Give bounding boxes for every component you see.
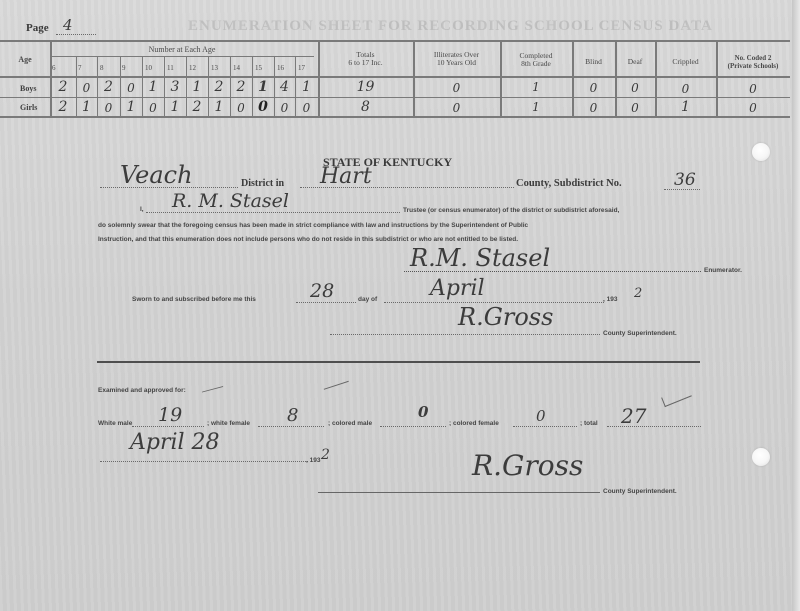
age-header: Age <box>0 56 50 64</box>
oath-text-line-1: do solemnly swear that the foregoing cen… <box>98 222 528 229</box>
girls-age-14: 0 <box>230 101 252 115</box>
enumerator-label: Enumerator. <box>704 267 742 274</box>
girls-deaf: 0 <box>615 101 655 115</box>
white-female-label: ; white female <box>207 420 250 427</box>
superintendent-signature-line-1 <box>330 334 600 335</box>
approval-date-line <box>100 461 308 462</box>
girls-age-10: 0 <box>142 101 164 115</box>
colored-male-label: ; colored male <box>328 420 372 427</box>
table-bottom-border <box>0 116 790 118</box>
colored-male-value: 0 <box>418 405 428 420</box>
age-col-14: 14 <box>233 64 251 72</box>
bleed-through-header: ENUMERATION SHEET FOR RECORDING SCHOOL C… <box>188 18 708 34</box>
boys-crippled: 0 <box>655 82 716 96</box>
age-col-8: 8 <box>100 64 118 72</box>
sworn-year-prefix: , 193 <box>603 296 617 303</box>
oath-text-line-2: Instruction, and that this enumeration d… <box>98 236 518 243</box>
boys-age-10: 1 <box>142 80 164 94</box>
age-col-17: 17 <box>298 64 316 72</box>
day-of-label: day of <box>358 296 377 303</box>
district-name: Veach <box>120 163 193 187</box>
boys-age-12: 1 <box>186 80 208 94</box>
girls-age-7: 1 <box>76 100 97 114</box>
girls-crippled: 1 <box>655 100 716 114</box>
boys-row-border <box>0 97 790 98</box>
age-col-9: 9 <box>122 64 140 72</box>
page-label: Page <box>26 22 49 34</box>
binder-hole-top <box>752 143 770 161</box>
age-col-11: 11 <box>167 64 185 72</box>
number-at-each-age-header: Number at Each Age <box>50 46 314 54</box>
white-male-line <box>132 426 204 427</box>
white-male-value: 19 <box>158 406 182 425</box>
county-subdistrict-label: County, Subdistrict No. <box>516 178 622 189</box>
approval-year-prefix: , 193 <box>306 457 320 464</box>
crippled-header: Crippled <box>655 58 716 66</box>
superintendent-signature-line-2 <box>318 492 600 493</box>
census-table: Age Number at Each Age 6 7 8 9 10 11 12 … <box>0 38 790 118</box>
boys-age-9: 0 <box>120 81 142 95</box>
sworn-day-line <box>296 302 356 303</box>
boys-total: 19 <box>318 80 413 94</box>
superintendent-label-2: County Superintendent. <box>603 488 677 495</box>
boys-illiterates: 0 <box>413 81 500 95</box>
checkmark-icon <box>321 373 349 390</box>
superintendent-signature-2: R.Gross <box>472 452 583 480</box>
girls-private-schools: 0 <box>716 101 790 115</box>
age-col-13: 13 <box>211 64 229 72</box>
total-value: 27 <box>621 406 646 426</box>
white-male-label: White male <box>98 420 132 427</box>
page-number-line <box>56 34 96 35</box>
girls-age-13: 1 <box>208 100 230 114</box>
trustee-description: Trustee (or census enumerator) of the di… <box>403 207 619 214</box>
girls-age-15: 0 <box>252 100 274 114</box>
age-col-16: 16 <box>277 64 295 72</box>
approval-date: April 28 <box>130 432 220 454</box>
table-top-border <box>0 40 790 42</box>
enumerator-signature: R.M. Stasel <box>410 246 550 270</box>
binder-hole-bottom <box>752 448 770 466</box>
boys-age-16: 4 <box>274 80 295 94</box>
white-female-line <box>258 426 324 427</box>
section-divider <box>97 361 700 363</box>
deaf-header: Deaf <box>615 58 655 66</box>
page-number: 4 <box>63 18 73 33</box>
age-col-6: 6 <box>52 64 72 72</box>
girls-age-11: 1 <box>164 100 186 114</box>
paper-edge <box>792 0 800 611</box>
superintendent-signature-1: R.Gross <box>458 305 553 329</box>
boys-blind: 0 <box>572 81 615 95</box>
i-label: I, <box>140 206 144 213</box>
approval-year-digit: 2 <box>321 448 330 462</box>
trustee-name-line <box>146 212 400 213</box>
girls-age-6: 2 <box>50 100 76 114</box>
superintendent-label-1: County Superintendent. <box>603 330 677 337</box>
girls-blind: 0 <box>572 101 615 115</box>
girls-age-17: 0 <box>295 101 318 115</box>
girls-illiterates: 0 <box>413 101 500 115</box>
boys-age-7: 0 <box>76 81 97 95</box>
private-schools-header: No. Coded 2 (Private Schools) <box>716 54 790 70</box>
examined-label: Examined and approved for: <box>98 387 186 394</box>
boys-row-label: Boys <box>20 84 36 93</box>
white-female-value: 8 <box>287 407 298 425</box>
age-col-15: 15 <box>255 64 273 72</box>
girls-row-label: Girls <box>20 103 37 112</box>
boys-age-15: 1 <box>252 80 274 94</box>
completed-8th-header: Completed 8th Grade <box>500 52 572 68</box>
colored-female-label: ; colored female <box>449 420 499 427</box>
total-label: ; total <box>580 420 598 427</box>
sworn-month: April <box>430 278 485 300</box>
girls-total: 8 <box>318 100 413 114</box>
district-label: District in <box>241 178 284 189</box>
boys-completed-8th: 1 <box>500 80 572 94</box>
boys-age-6: 2 <box>50 80 76 94</box>
boys-age-14: 2 <box>230 80 252 94</box>
sworn-year-digit: 2 <box>634 287 642 300</box>
colored-female-value: 0 <box>536 409 546 424</box>
illiterates-header: Illiterates Over 10 Years Old <box>413 51 500 67</box>
age-col-7: 7 <box>78 64 96 72</box>
colored-male-line <box>380 426 446 427</box>
header-bottom-border <box>0 76 790 78</box>
boys-age-17: 1 <box>295 80 318 94</box>
boys-deaf: 0 <box>615 81 655 95</box>
girls-completed-8th: 1 <box>500 100 572 114</box>
sworn-label: Sworn to and subscribed before me this <box>132 296 256 303</box>
girls-age-8: 0 <box>97 101 120 115</box>
girls-age-16: 0 <box>274 101 295 115</box>
age-col-10: 10 <box>145 64 163 72</box>
totals-header: Totals 6 to 17 Inc. <box>318 51 413 67</box>
girls-age-12: 2 <box>186 100 208 114</box>
boys-private-schools: 0 <box>716 82 790 96</box>
trustee-name: R. M. Stasel <box>172 192 289 211</box>
census-document-page: ENUMERATION SHEET FOR RECORDING SCHOOL C… <box>0 0 800 611</box>
boys-age-11: 3 <box>164 80 186 94</box>
sworn-day: 28 <box>310 282 334 301</box>
subdistrict-number: 36 <box>674 172 696 189</box>
blind-header: Blind <box>572 58 615 66</box>
county-name: Hart <box>320 166 372 188</box>
age-col-12: 12 <box>189 64 207 72</box>
boys-age-8: 2 <box>97 80 120 94</box>
checkmark-icon <box>202 378 226 392</box>
checkmark-icon <box>661 387 692 407</box>
boys-age-13: 2 <box>208 80 230 94</box>
colored-female-line <box>513 426 577 427</box>
girls-age-9: 1 <box>120 100 142 114</box>
